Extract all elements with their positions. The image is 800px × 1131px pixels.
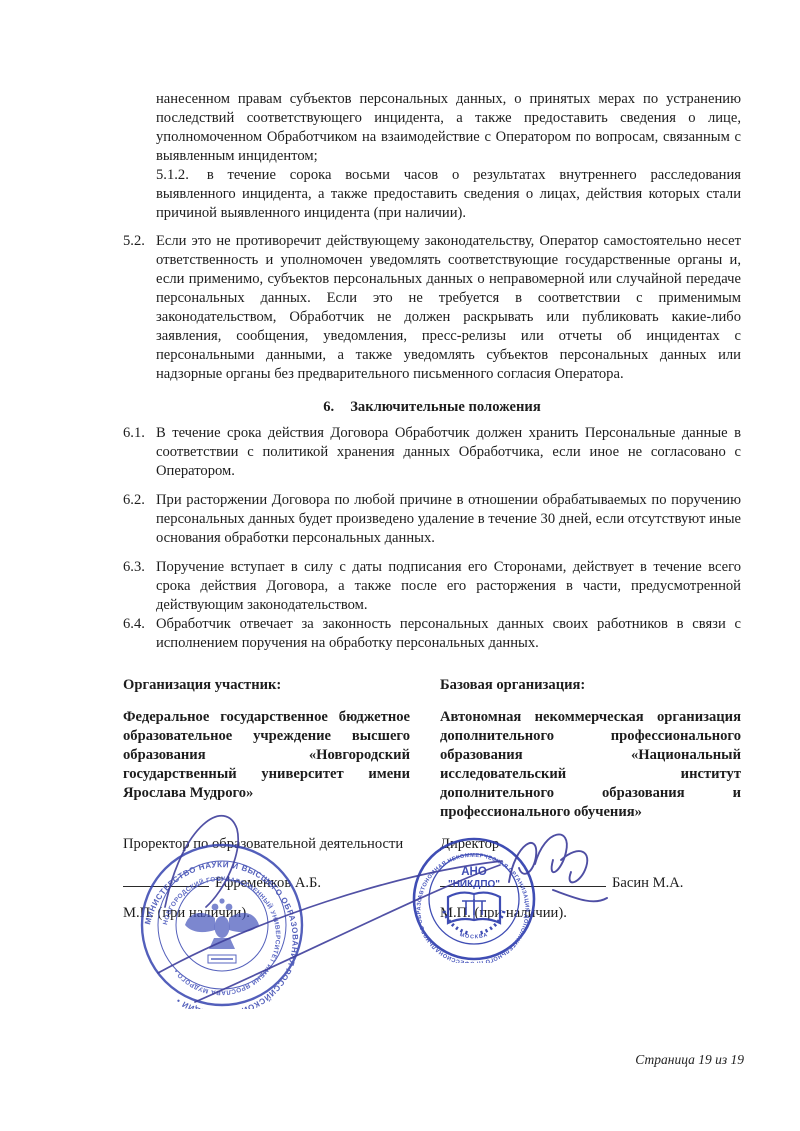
clause-text: При расторжении Договора по любой причин… [156,492,741,546]
clause-number: 6.2. [123,491,156,510]
base-org-signatory-name: Басин М.А. [612,875,683,891]
clause-5-2: 5.2. Если это не противоречит действующе… [123,232,741,384]
participant-signature-row: Ефременков А.Б. [123,870,410,892]
base-org-signature-row: Басин М.А. [440,870,741,892]
clause-text: Обработчик отвечает за законность персон… [156,616,741,651]
participant-signatory-role: Проректор по образовательной деятельност… [123,835,410,854]
participant-signatory-name: Ефременков А.Б. [215,875,321,891]
clause-6-1: 6.1. В течение срока действия Договора О… [123,424,741,481]
svg-text:МОСКВА: МОСКВА [459,932,489,940]
signature-column-participant: Организация участник: Федеральное госуда… [123,676,410,923]
clause-number: 6.3. [123,558,156,577]
signature-column-base-org: Базовая организация: Автономная некоммер… [440,676,741,923]
paragraph-text: нанесенном правам субъектов персональных… [156,91,741,164]
page-number: Страница 19 из 19 [635,1050,744,1069]
signature-line [440,870,606,887]
participant-seal-note: М.П. (при наличии). [123,904,410,923]
signature-line [123,870,209,887]
clause-6-2: 6.2. При расторжении Договора по любой п… [123,491,741,548]
clause-text: Если это не противоречит действующему за… [156,233,741,382]
base-org-label: Базовая организация: [440,676,741,695]
participant-label: Организация участник: [123,676,410,695]
participant-organization-name: Федеральное государственное бюджетное об… [123,708,410,835]
section-heading: 6.Заключительные положения [123,398,741,417]
clause-number: 6.1. [123,424,156,443]
section-number: 6. [323,399,334,415]
clause-number-5-1-2: 5.1.2. [156,167,207,183]
document-page: нанесенном правам субъектов персональных… [0,0,800,1131]
clause-text-5-1-2: в течение сорока восьми часов о результа… [156,167,741,221]
clause-text: В течение срока действия Договора Обрабо… [156,425,741,479]
clause-6-4: 6.4. Обработчик отвечает за законность п… [123,615,741,653]
clause-number: 6.4. [123,615,156,634]
base-org-seal-note: М.П. (при наличии). [440,904,741,923]
clause-number: 5.2. [123,232,156,251]
clause-6-3: 6.3. Поручение вступает в силу с даты по… [123,558,741,615]
section-title: Заключительные положения [350,399,541,415]
stamp-city-text: МОСКВА [459,932,489,940]
base-org-signatory-role: Директор [440,835,741,854]
signature-section: Организация участник: Федеральное госуда… [123,676,741,923]
paragraph-5-1-1-continuation: нанесенном правам субъектов персональных… [156,90,741,223]
document-body: нанесенном правам субъектов персональных… [123,90,741,923]
base-organization-name: Автономная некоммерческая организация до… [440,708,741,835]
clause-text: Поручение вступает в силу с даты подписа… [156,559,741,613]
